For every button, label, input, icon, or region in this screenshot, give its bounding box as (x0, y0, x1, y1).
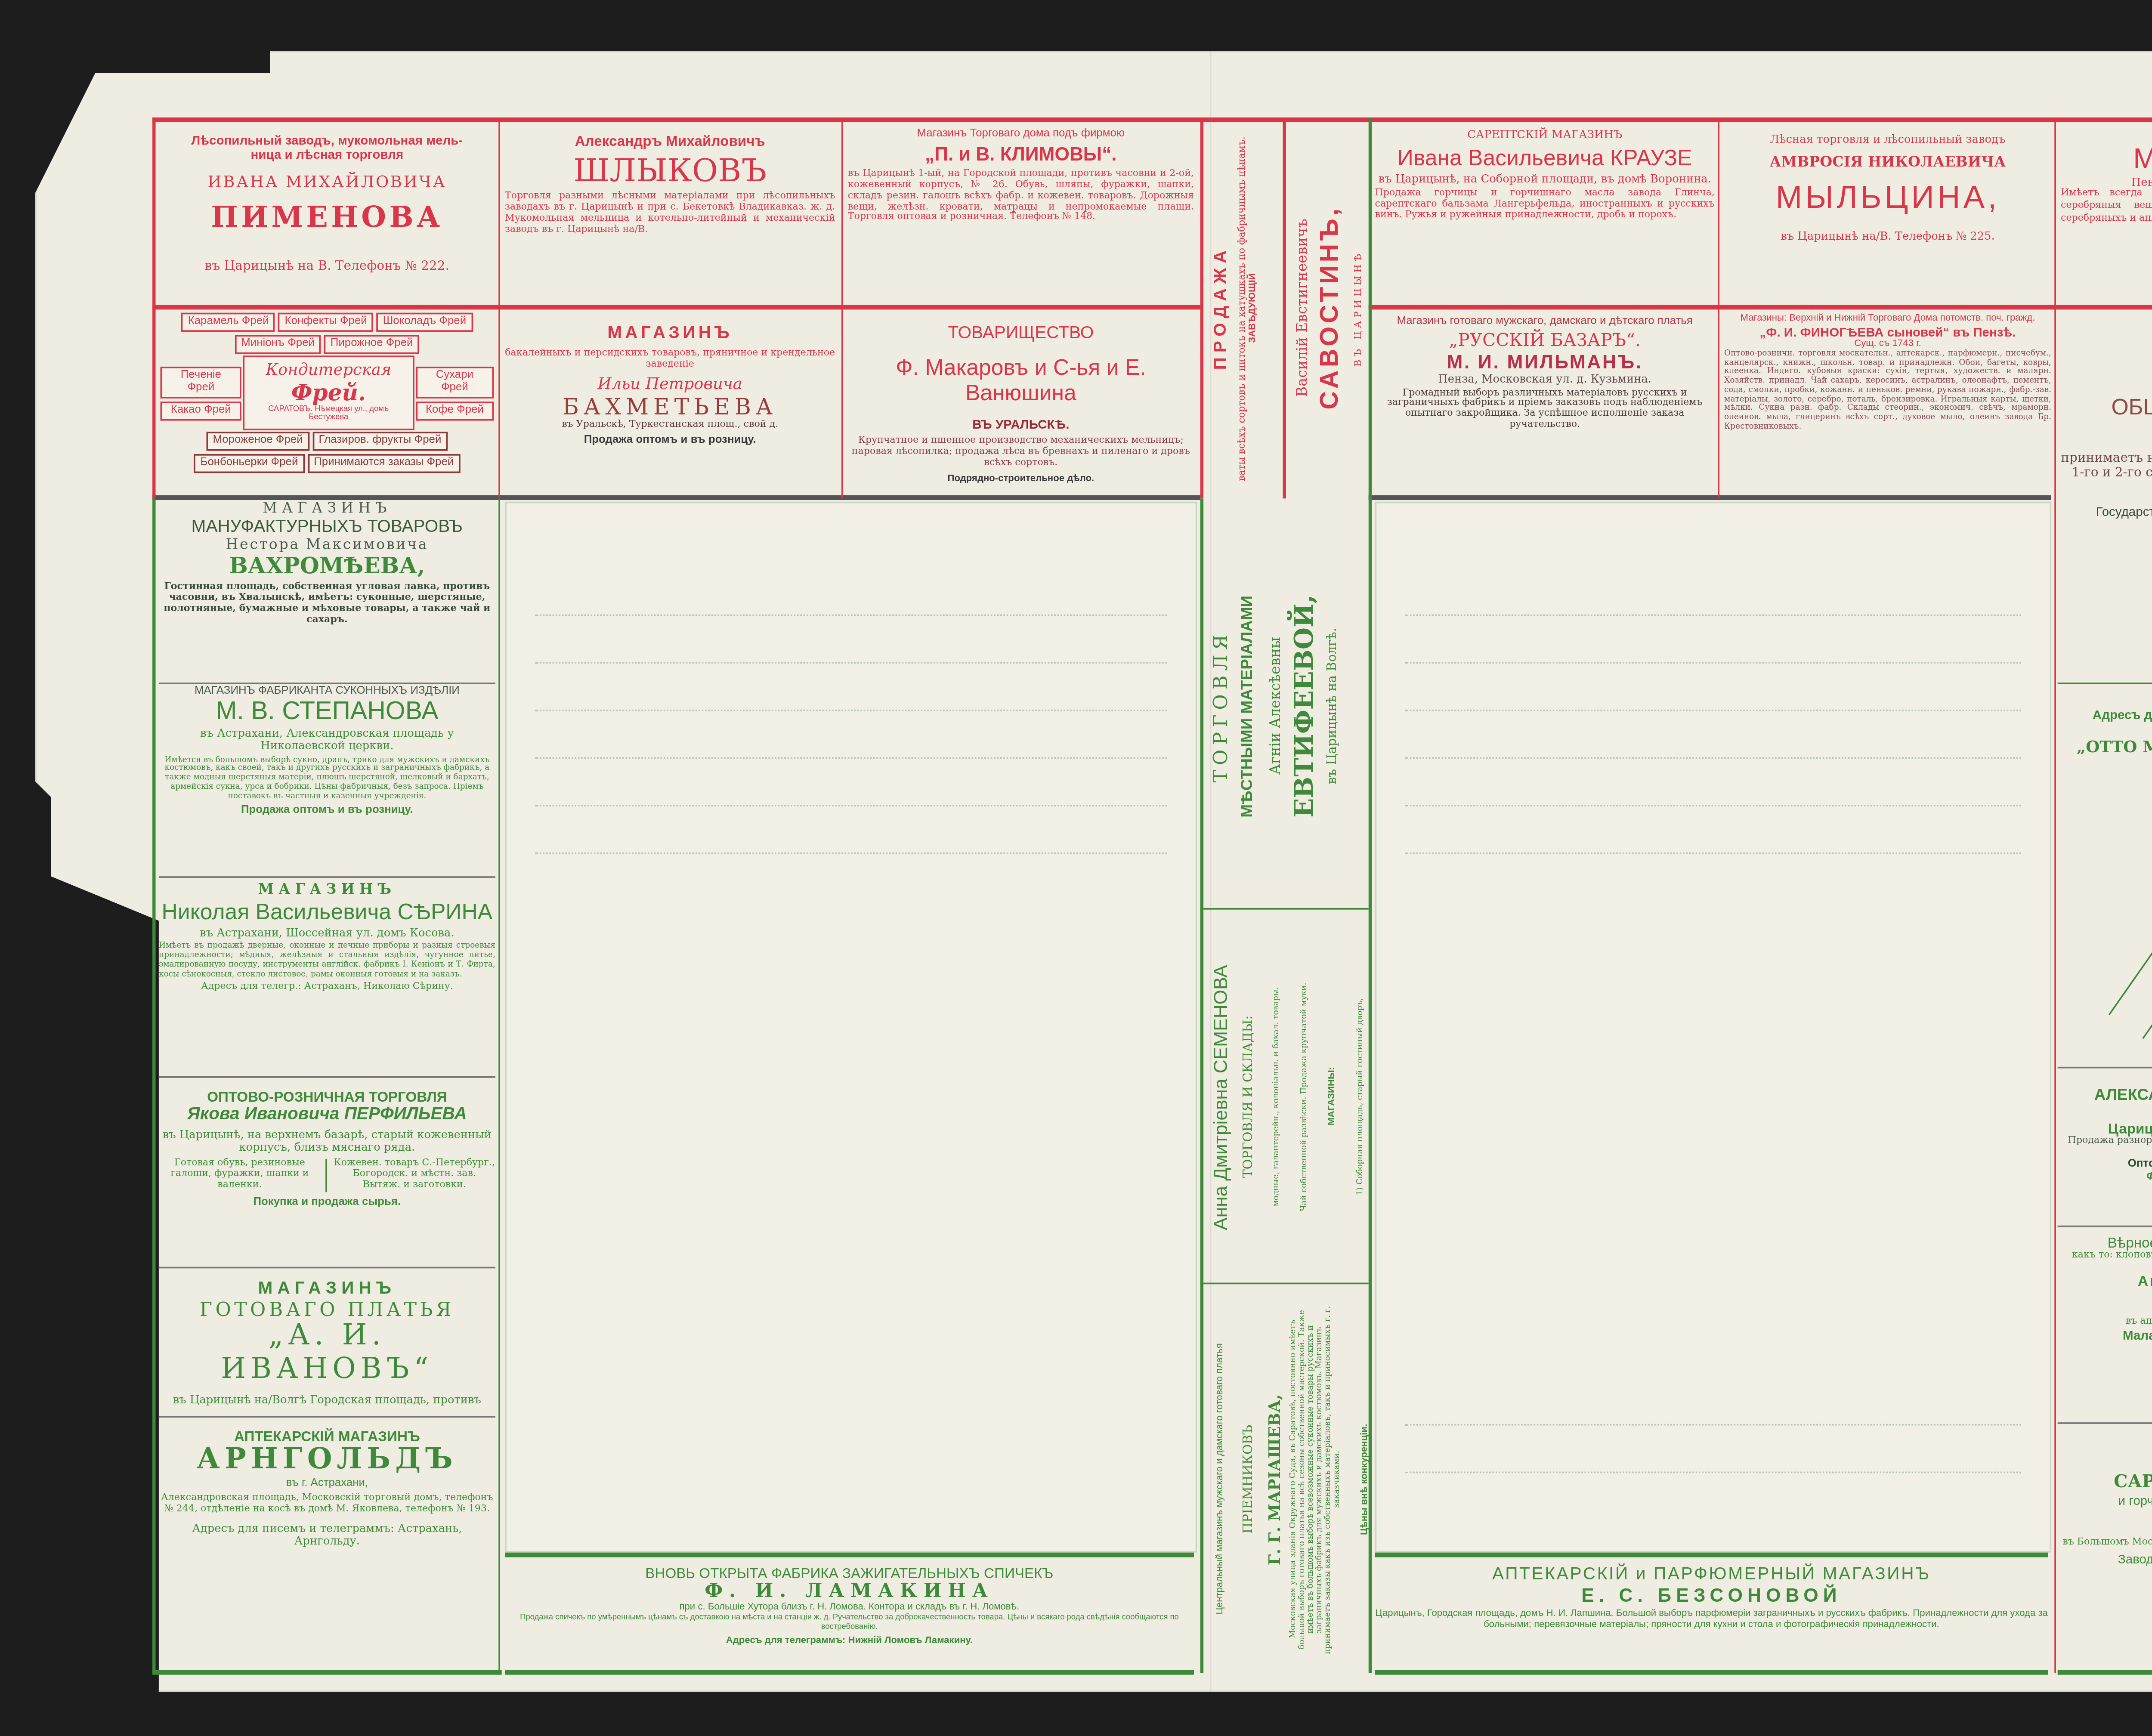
ad-serin: МАГАЗИНЪ Николая Васильевича СѢРИНА въ А… (159, 883, 495, 1073)
center-strip-left (1200, 117, 1203, 498)
ad-text: Подрядно-строительное дѣло. (848, 474, 1194, 485)
ad-headline: Вѣрное средство отъ всѣхъ насѣкомыхъ, (2061, 1235, 2152, 1251)
center-strip-left-green (1200, 498, 1203, 1673)
ad-ivanov-ai: МАГАЗИНЪ ГОТОВАГО ПЛАТЬЯ „А. И. ИВАНОВЪ“… (159, 1273, 495, 1409)
divider (1200, 1283, 1369, 1285)
blank-writing-area-right[interactable] (1375, 502, 2051, 1553)
divider (159, 683, 495, 684)
ad-bezsonova: АПТЕКАРСКІЙ и ПАРФЮМЕРНЫЙ МАГАЗИНЪ Е. С.… (1375, 1559, 2048, 1670)
ad-body: Имѣетъ въ продажѣ дверные, оконные и печ… (159, 944, 495, 980)
ad-headline: Е. С. БЕЗСОНОВОЙ (1375, 1585, 2048, 1607)
ad-bashenin: ТОРГОВЫЙ ДОМЪ АЛЕКСАНДРА БАШЕНИНА и сыно… (2061, 1073, 2152, 1223)
ad-name: Василій Евстигнеевичъ (1296, 219, 1311, 397)
row1-divider-right (1369, 305, 2152, 309)
ad-text: „РУССКІЙ БАЗАРЪ“. (1375, 332, 1715, 352)
dotted-line (535, 710, 1167, 711)
ad-headline: М. О. ИВАНОВА. (2061, 143, 2152, 176)
divider (841, 117, 843, 498)
divider (498, 117, 500, 498)
ad-text: ПРЕЙСЪ-КУРАНТЪ (2061, 1435, 2152, 1455)
ad-body: Гостинная площадь, собственная угловая л… (159, 583, 495, 627)
ad-headline: САВОСТИНЪ, (1317, 206, 1344, 410)
ad-text: Государственнаго Дворянскаго Земельнаго … (2061, 504, 2152, 519)
ad-headline: МЫЛЬЦИНА, (1724, 182, 2051, 218)
ad-text: Адресъ для телегр.: Астраханъ, Николаю С… (159, 983, 495, 994)
row2-divider-right (1369, 495, 2051, 500)
ad-text: МАГАЗИНЪ (159, 502, 495, 518)
ad-body: какъ то: клоповъ, таракановъ, моли, мура… (2061, 1251, 2152, 1273)
ad-milman: Магазинъ готоваго мужскаго, дамскаго и д… (1375, 311, 1715, 492)
ad-bakhmetyev: МАГАЗИНЪ бакалейныхъ и персидскихъ товар… (505, 311, 835, 492)
ad-body: Кожевен. товаръ С.-Петербург., Богородск… (334, 1159, 495, 1192)
ad-makarov: ТОВАРИЩЕСТВО Ф. Макаровъ и С-ья и Е. Ван… (848, 311, 1194, 492)
ad-text: МѢСТНЫМИ МАТЕРІАЛАМИ (1239, 596, 1257, 818)
ad-text: МАГАЗИНЪ (2061, 127, 2152, 143)
ad-text: Адресъ для телеграммъ: Нижній Ломовъ Лам… (505, 1636, 1194, 1646)
frey-tag: Глазиров. фрукты Фрей (312, 432, 448, 451)
ad-headline: ПРОДАЖА (1212, 246, 1231, 370)
divider (1718, 117, 1719, 498)
ad-address: Царицынъ на/В. Телефонъ конт. № 58. (2061, 1121, 2152, 1137)
ornament-icon: ❧ ✿ ❧ (2061, 541, 2152, 556)
ad-text: ТОВАРИЩЕСТВО (848, 324, 1194, 344)
dotted-line (1405, 1424, 2021, 1426)
divider (159, 1076, 495, 1078)
dotted-line (1405, 662, 2021, 664)
ad-headline: АРНГОЛЬДЪ (159, 1445, 495, 1478)
ad-headline: ЕВТИФЕЕВОЙ, (1289, 595, 1319, 818)
ad-address: ВЪ УРАЛЬСКѢ. (848, 417, 1194, 432)
divider (159, 876, 495, 878)
ad-text: ТОРГОВЫЙ ДОМЪ (2061, 1073, 2152, 1088)
ad-address: въ Царицынѣ на/Волгѣ Городская площадь, … (159, 1393, 495, 1410)
ad-body: Продажа спичекъ по умѣреннымъ цѣнамъ съ … (505, 1615, 1194, 1633)
ad-klimovy: Магазинъ Торговаго дома подъ фирмою „П. … (848, 124, 1194, 302)
ad-name: АМВРОСІЯ НИКОЛАЕВИЧА (1724, 156, 2051, 172)
ad-headline: Якова Ивановича ПЕРФИЛЬЕВА (159, 1106, 495, 1126)
ad-text: Фирма существуетъ съ 1859 года. (2061, 1172, 2152, 1185)
ad-text: МАГАЗИНЪ (505, 324, 835, 344)
frey-tag: Кофе Фрей (416, 401, 494, 420)
dotted-line (1405, 853, 2021, 854)
ad-address: въ Царицынѣ на Волгѣ. (1325, 628, 1339, 785)
ad-headline: БАХМЕТЬЕВА (505, 395, 835, 420)
ad-otto: Адресъ для телеграммъ: „ОТТО МОСКВА“. ✦ … (2061, 689, 2152, 1064)
ad-semenova: Анна Дмитріевна СЕМЕНОВА ТОРГОВЛЯ И СКЛА… (1206, 914, 1365, 1279)
frey-tag: Шоколадъ Фрей (377, 313, 473, 332)
bottom-divider-right (1375, 1553, 2048, 1557)
ad-address: Пенза, Московская ул. д. Кузьмина. (1375, 374, 1715, 387)
ad-text: Лѣсныя пристани. (2061, 1106, 2152, 1121)
ad-mariashev: Центральный магазинъ мужскаго и дамскаго… (1206, 1289, 1365, 1670)
ad-headline: М. И. МИЛЬМАНЪ. (1375, 352, 1715, 374)
ad-savostin-name: Василій Евстигнеевичъ САВОСТИНЪ, ВЪ ЦАРИ… (1289, 124, 1365, 492)
ad-headline: Г. Г. МАРІАШЕВА, (1267, 1394, 1285, 1565)
ad-pimenov: Лѣсопильный заводъ, мукомольная мель- ни… (159, 124, 495, 302)
ad-headline: „П. и В. КЛИМОВЫ“. (848, 145, 1194, 167)
dotted-line (535, 853, 1167, 854)
ad-headline: ВАХРОМѢЕВА, (159, 555, 495, 580)
ad-text: Продажа оптомъ и въ розницу. (505, 435, 835, 448)
ad-text: МАГАЗИНЪ ФАБРИКАНТА СУКОННЫХЪ ИЗДѢЛІЙ (159, 686, 495, 699)
ad-name: Ильи Петровича (505, 377, 835, 395)
frey-title: Кондитерская (249, 362, 408, 380)
ad-headline: ОБЩЕСТВА ВЗАИМНАГО КРЕДИТА (2061, 393, 2152, 445)
frey-tag: Миніонъ Фрей (235, 335, 321, 354)
left-border-green (152, 498, 155, 1673)
ad-body: Продажа горчицы и горчишнаго масла завод… (1375, 189, 1715, 222)
ad-text: Магазинъ готоваго мужскаго, дамскаго и д… (1375, 316, 1715, 329)
top-border (152, 117, 2152, 122)
divider (1200, 908, 1369, 910)
frey-tag: Принимаются заказы Фрей (307, 454, 460, 473)
ad-text: САРЕПТСКІЙ МАГАЗИНЪ (1375, 129, 1715, 142)
ad-text: АПТЕКАРСКІЙ и ПАРФЮМЕРНЫЙ МАГАЗИНЪ (1375, 1565, 2048, 1585)
ad-headline: „А. И. ИВАНОВЪ“ (159, 1322, 495, 1387)
ad-text: Лѣсопильный заводъ, мукомольная мель- (159, 133, 495, 148)
ad-address: въ Царицынѣ, на верхнемъ базарѣ, старый … (159, 1129, 495, 1154)
ad-address: Въ Царицынѣ. (2061, 1508, 2152, 1523)
frey-tag: Какао Фрей (161, 401, 241, 420)
ad-body: Торговля разными лѣсными матеріалами при… (505, 193, 835, 237)
ad-text: „ОТТО МОСКВА“. (2077, 740, 2152, 757)
ad-headline: ШЛЫКОВЪ (505, 153, 835, 189)
ad-body: Чай собственной развѣски. Продажа крупча… (1300, 982, 1309, 1211)
ad-text: ТОРГОВЛЯ (1210, 630, 1232, 783)
ad-headline: Ф. Макаровъ и С-ья и Е. Ванюшина (848, 353, 1194, 405)
ad-body: 1) Соборная площадь, старый гостиный дво… (1356, 998, 1365, 1195)
ad-headline: Анна Дмитріевна СЕМЕНОВА (1210, 964, 1232, 1230)
ad-text: складъ въ Москвѣ БРУНСЪ. (2061, 1290, 2152, 1304)
ad-headline: АЛЕКСАНДРА БАШЕНИНА и сыновья. (2061, 1088, 2152, 1106)
bottom-divider-left (505, 1553, 1194, 1557)
ad-text: Завода М. Х. Миллеръ, въ Царицынѣ на/В. (2061, 1553, 2152, 1567)
ad-savostin-prodazha: ПРОДАЖА (1206, 124, 1241, 492)
ad-text: ОПТОВО-РОЗНИЧНАЯ ТОРГОВЛЯ (159, 1089, 495, 1106)
ad-text: АПТЕКАРСКІЙ МАГАЗИНЪ (159, 1429, 495, 1445)
ad-text: Магазины: Верхній и Нижній Торговаго Дом… (1724, 314, 2051, 325)
ad-body: Имѣется въ большомъ выборѣ сукно, драпъ,… (159, 757, 495, 802)
ad-name: ИВАНА МИХАЙЛОВИЧА (159, 175, 495, 193)
divider (2058, 1067, 2152, 1069)
ad-evtifeeva: ТОРГОВЛЯ МѢСТНЫМИ МАТЕРІАЛАМИ Агніи Алек… (1206, 508, 1365, 905)
ad-kolman: Вѣрное средство отъ всѣхъ насѣкомыхъ, ка… (2061, 1232, 2152, 1419)
ad-body: бакалейныхъ и персидскихъ товаровъ, прян… (505, 349, 835, 371)
ad-text: ЗАВѢДУЮЩІЙ (1249, 273, 1258, 343)
frey-tag: Конфекты Фрей (278, 313, 374, 332)
dotted-line (535, 805, 1167, 806)
frey-tag: Карамель Фрей (182, 313, 275, 332)
ad-text: МАНУФАКТУРНЫХЪ ТОВАРОВЪ (159, 518, 495, 538)
ad-headline: Николая Васильевича СѢРИНА (159, 899, 495, 924)
ad-body: ваты всѣхъ сортовъ и нитокъ на катушкахъ… (1237, 136, 1248, 480)
ad-text: Адресъ для писемъ и телеграммъ: Астрахан… (159, 1522, 495, 1548)
divider (2058, 1226, 2152, 1227)
bottom-border-right-column (2058, 1670, 2152, 1675)
ad-headline: Ф. И. ЛАМАКИНА (505, 1582, 1194, 1603)
dotted-line (535, 615, 1167, 616)
ad-text: Продажа оптомъ и въ розницу. (159, 805, 495, 818)
ad-myltsin: Лѣсная торговля и лѣсопильный заводъ АМВ… (1724, 124, 2051, 302)
blank-writing-area-left[interactable] (505, 502, 1197, 1553)
ad-body: Продажа разнородныхъ, лѣсныхъ и мочальны… (2061, 1137, 2152, 1159)
frey-tag: Печеніе Фрей (161, 366, 241, 398)
ad-text: Адресъ для телеграммъ: (2093, 708, 2152, 722)
ad-address: ВЪ ЦАРИЦЫНѢ (1353, 250, 1364, 366)
ad-text: ЦАРИЦЫНЪ, (2061, 1304, 2152, 1317)
ad-product: Антипаразитъ Кольмана, (2061, 1273, 2152, 1290)
ad-headline: САРЕПТСКОЙ ГОРЧИЦЫ (2061, 1473, 2152, 1494)
divider (2054, 117, 2056, 1673)
ad-body: Имѣетъ всегда въ большомъ выборѣ бриллiа… (2061, 188, 2152, 211)
ad-text: МАГАЗИНЪ (159, 883, 495, 899)
ad-text: Покупка въ домъ золота и серебра. (2061, 227, 2152, 238)
ad-address: въ аптекѣ и аптекарскомъ магазинѣ Кольма… (2061, 1317, 2152, 1328)
bottom-border-left (505, 1670, 1194, 1675)
frey-address: САРАТОВЪ. Нѣмецкая ул., домъ Бестужева (249, 406, 408, 424)
ad-text: Цѣны внѣ конкуренціи. (1360, 1424, 1370, 1535)
ad-text: высылается безплатно (2061, 1455, 2152, 1473)
divider (159, 1267, 495, 1269)
otto-diagonal-band: ОТТО МЛ. (2109, 715, 2152, 1039)
ad-text: МАГАЗИНЪ (159, 1279, 495, 1300)
dotted-line (1405, 1472, 2021, 1473)
dotted-line (1405, 757, 2021, 759)
dotted-line (535, 662, 1167, 664)
ad-miller: ПРЕЙСЪ-КУРАНТЪ высылается безплатно САРЕ… (2061, 1429, 2152, 1670)
left-border-red (152, 117, 155, 498)
frey-brand: Фрей. (249, 380, 408, 406)
ad-address: въ Царицынѣ, на Соборной площади, въ дом… (1375, 173, 1715, 186)
ad-headline: „Ф. И. ФИНОГѢЕВА сыновей“ въ Пензѣ. (1724, 325, 2051, 340)
ad-krauze: САРЕПТСКІЙ МАГАЗИНЪ Ивана Васильевича КР… (1375, 124, 1715, 302)
ad-address: въ Астрахани, Шоссейная ул. домъ Косова. (159, 928, 495, 941)
ad-text: Лѣсная торговля и лѣсопильный заводъ (1724, 133, 2051, 146)
ad-address: въ Царицынѣ на В. Телефонъ № 222. (159, 258, 495, 273)
dotted-line (1405, 710, 2021, 711)
ad-text: Центральный магазинъ мужскаго и дамскаго… (1216, 1344, 1226, 1615)
ad-price: Малая коробка 30 к., большая—50 коп. (2061, 1328, 2152, 1343)
left-column-divider (498, 498, 500, 1673)
dotted-line (1405, 615, 2021, 616)
ad-stepanov: МАГАЗИНЪ ФАБРИКАНТА СУКОННЫХЪ ИЗДѢЛІЙ М.… (159, 686, 495, 873)
ornament-icon: ❦ ✿ ❦ (2061, 327, 2152, 342)
dotted-line (535, 757, 1167, 759)
ad-penza-credit: ❦ ✿ ❦ ПЕНЗЕНСКОЕ ОБЩЕСТВА ВЗАИМНАГО КРЕД… (2061, 311, 2152, 629)
ad-body: Крупчатное и пшенное производство механи… (848, 436, 1194, 469)
ad-body: Царицынъ, Городская площадь, домъ Н. И. … (1375, 1610, 2048, 1632)
ad-text: и горчишнаго масла высшаго достоинства, (2061, 1493, 2152, 1508)
ad-body: въ Большомъ Московскомъ бакалейномъ ряду… (2061, 1538, 2152, 1549)
ad-body: модные, галантерейн., колоніальн. и бака… (1272, 987, 1281, 1207)
ad-text: ГОТОВАГО ПЛАТЬЯ (159, 1300, 495, 1322)
ad-text: ПЕНЗЕНСКОЕ (2061, 367, 2152, 387)
divider (159, 1416, 495, 1418)
ad-finogeev: Магазины: Верхній и Нижній Торговаго Дом… (1724, 311, 2051, 492)
center-strip-right (1283, 117, 1286, 498)
ad-lamakin: ВНОВЬ ОТКРЫТА ФАБРИКА ЗАЖИГАТЕЛЬНЫХЪ СПИ… (505, 1559, 1194, 1670)
ad-name: Агніи Алексѣевны (1269, 637, 1285, 775)
row1-divider-left (152, 305, 1200, 309)
ad-body: Московская улица зданія Окружнаго Суда, … (1290, 1305, 1343, 1654)
divider (2058, 1422, 2152, 1424)
dotted-line (1405, 805, 2021, 806)
ad-savostin-body: ваты всѣхъ сортовъ и нитокъ на катушкахъ… (1238, 124, 1280, 492)
ad-text: Оптовые склады при Юго-Восточной ж. д. (2061, 1159, 2152, 1172)
ad-ivanov-mo: МАГАЗИНЪ М. О. ИВАНОВА. Пенза, Московск.… (2061, 124, 2152, 302)
ad-body: Громадный выборъ различныхъ матеріаловъ … (1375, 388, 1715, 432)
ad-text: ПРІЕМНИКОВЪ (1241, 1425, 1255, 1534)
ad-text: Покупка и продажа сырья. (159, 1196, 495, 1209)
ad-address: въ Астрахани, Александровская площадь у … (159, 728, 495, 753)
ad-body: принимаетъ на страхъ отъ тиражей погашен… (2061, 451, 2152, 495)
ad-address: въ Царицынѣ на/В. Телефонъ № 225. (1724, 231, 2051, 244)
bottom-border-left-column (152, 1670, 502, 1675)
ad-text: Магазинъ Торговаго дома подъ фирмою (848, 129, 1194, 142)
frey-tag: Пирожное Фрей (324, 335, 419, 354)
ad-frey-confectionery: Карамель Фрей Конфекты Фрей Шоколадъ Фре… (159, 311, 495, 492)
ad-text: ница и лѣсная торговля (159, 148, 495, 163)
ad-perfilyev: ОПТОВО-РОЗНИЧНАЯ ТОРГОВЛЯ Якова Иванович… (159, 1083, 495, 1260)
ad-name: Нестора Максимовича (159, 538, 495, 554)
document-stage: Лѣсопильный заводъ, мукомольная мель- ни… (0, 0, 2152, 1736)
ad-headline: ПИМЕНОВА (159, 203, 495, 236)
ad-text: МАГАЗИНЫ: (1328, 1068, 1337, 1126)
ad-body: Оптово-розничн. торговля москательн., ап… (1724, 351, 2051, 433)
frey-tag: Сухари Фрей (416, 366, 494, 398)
ad-arngold: АПТЕКАРСКІЙ МАГАЗИНЪ АРНГОЛЬДЪ въ г. Аст… (159, 1422, 495, 1670)
ad-body: Готовая обувь, резиновые галоши, фуражки… (159, 1159, 327, 1192)
frey-tag: Бонбоньерки Фрей (194, 454, 304, 473)
ad-text: Александръ Михайловичъ (505, 133, 835, 150)
bottom-border-right (1375, 1670, 2048, 1675)
frey-tag: Мороженое Фрей (207, 432, 309, 451)
ad-headline: М. В. СТЕПАНОВА (159, 698, 495, 728)
ad-headline: Ивана Васильевича КРАУЗЕ (1375, 145, 1715, 170)
ad-address: въ Уральскѣ, Туркестанская площ., свой д… (505, 421, 835, 432)
ad-shlykov: Александръ Михайловичъ ШЛЫКОВЪ Торговля … (505, 124, 835, 302)
ad-vakhromeev: МАГАЗИНЪ МАНУФАКТУРНЫХЪ ТОВАРОВЪ Нестора… (159, 502, 495, 676)
row2-divider-left (152, 495, 1200, 500)
ad-body: въ Царицынѣ 1-ый, на Городской площади, … (848, 170, 1194, 224)
ad-text: ТОРГОВЛЯ И СКЛАДЫ: (1241, 1016, 1255, 1178)
ad-text: ВНОВЬ ОТКРЫТА ФАБРИКА ЗАЖИГАТЕЛЬНЫХЪ СПИ… (505, 1565, 1194, 1582)
ad-body: Александровская площадь, Московскій торг… (159, 1494, 495, 1516)
divider (2058, 683, 2152, 684)
ad-address: въ г. Астрахани, (159, 1478, 495, 1491)
